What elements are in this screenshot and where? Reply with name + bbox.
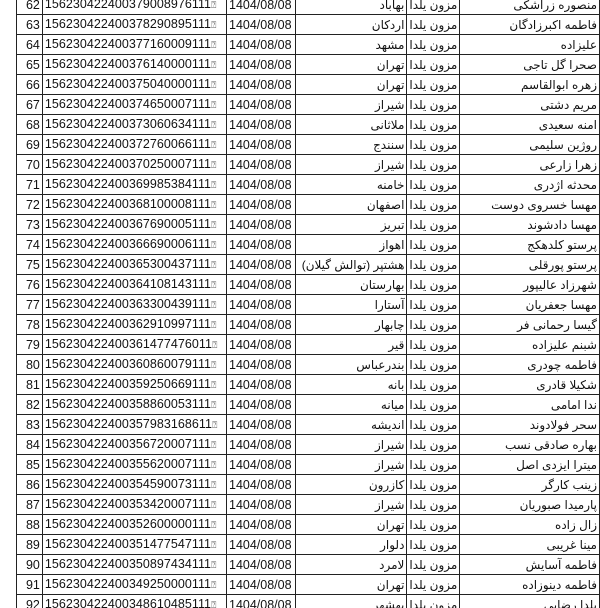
- tracking-code-cell: 156230422400348610485111⍰: [42, 595, 226, 608]
- name-cell: زال زاده: [460, 515, 600, 535]
- date-cell: 1404/08/08: [227, 135, 296, 155]
- table-row: 91 156230422400349250000111⍰ 1404/08/08 …: [17, 575, 600, 595]
- tracking-code-cell: 156230422400375040000111⍰: [42, 75, 226, 95]
- missing-glyph-icon: ⍰: [211, 260, 216, 270]
- tracking-code: 156230422400374650007111: [45, 97, 211, 111]
- city-cell: ملاثانی: [296, 115, 407, 135]
- tracking-code: 156230422400372760066111: [45, 137, 211, 151]
- date-cell: 1404/08/08: [227, 0, 296, 15]
- date-cell: 1404/08/08: [227, 355, 296, 375]
- city-cell: مشهد: [296, 35, 407, 55]
- tracking-code: 156230422400378290895111: [45, 17, 211, 31]
- type-cell: مزون یلدا: [407, 255, 460, 275]
- name-cell: منصوره زراشکی: [460, 0, 600, 15]
- missing-glyph-icon: ⍰: [211, 40, 216, 50]
- tracking-code: 156230422400356720007111: [45, 437, 211, 451]
- table-row: 74 156230422400366690006111⍰ 1404/08/08 …: [17, 235, 600, 255]
- city-cell: میانه: [296, 395, 407, 415]
- tracking-code: 156230422400355620007111: [45, 457, 211, 471]
- type-cell: مزون یلدا: [407, 575, 460, 595]
- name-cell: پرستو پورقلی: [460, 255, 600, 275]
- city-cell: بهاباد: [296, 0, 407, 15]
- type-cell: مزون یلدا: [407, 355, 460, 375]
- date-cell: 1404/08/08: [227, 215, 296, 235]
- type-cell: مزون یلدا: [407, 0, 460, 15]
- tracking-code: 156230422400375040000111: [45, 77, 211, 91]
- city-cell: اردکان: [296, 15, 407, 35]
- table-body: 62 156230422400379008976111⍰ 1404/08/08 …: [17, 0, 600, 608]
- tracking-code-cell: 156230422400372760066111⍰: [42, 135, 226, 155]
- tracking-code: 156230422400364108143111: [45, 277, 211, 291]
- date-cell: 1404/08/08: [227, 595, 296, 608]
- type-cell: مزون یلدا: [407, 335, 460, 355]
- date-cell: 1404/08/08: [227, 515, 296, 535]
- missing-glyph-icon: ⍰: [211, 180, 216, 190]
- table-row: 86 156230422400354590073111⍰ 1404/08/08 …: [17, 475, 600, 495]
- table-row: 66 156230422400375040000111⍰ 1404/08/08 …: [17, 75, 600, 95]
- name-cell: میترا ایزدی اصل: [460, 455, 600, 475]
- tracking-code-cell: 156230422400367690005111⍰: [42, 215, 226, 235]
- name-cell: بهاره صادقی نسب: [460, 435, 600, 455]
- city-cell: شیراز: [296, 155, 407, 175]
- tracking-code: 156230422400366690006111: [45, 237, 211, 251]
- missing-glyph-icon: ⍰: [211, 460, 216, 470]
- tracking-code-cell: 156230422400365300437111⍰: [42, 255, 226, 275]
- date-cell: 1404/08/08: [227, 555, 296, 575]
- table-row: 70 156230422400370250007111⍰ 1404/08/08 …: [17, 155, 600, 175]
- type-cell: مزون یلدا: [407, 295, 460, 315]
- row-number-cell: 80: [17, 355, 43, 375]
- city-cell: قیر: [296, 335, 407, 355]
- type-cell: مزون یلدا: [407, 215, 460, 235]
- city-cell: اصفهان: [296, 195, 407, 215]
- missing-glyph-icon: ⍰: [212, 340, 217, 350]
- tracking-code-cell: 156230422400357983168611⍰: [42, 415, 226, 435]
- tracking-code-cell: 156230422400374650007111⍰: [42, 95, 226, 115]
- name-cell: فاطمه دینوزاده: [460, 575, 600, 595]
- row-number-cell: 73: [17, 215, 43, 235]
- missing-glyph-icon: ⍰: [211, 20, 216, 30]
- type-cell: مزون یلدا: [407, 275, 460, 295]
- row-number-cell: 90: [17, 555, 43, 575]
- table-row: 80 156230422400360860079111⍰ 1404/08/08 …: [17, 355, 600, 375]
- table-row: 76 156230422400364108143111⍰ 1404/08/08 …: [17, 275, 600, 295]
- row-number-cell: 68: [17, 115, 43, 135]
- date-cell: 1404/08/08: [227, 95, 296, 115]
- city-cell: دلوار: [296, 535, 407, 555]
- row-number-cell: 86: [17, 475, 43, 495]
- city-cell: بهشهر: [296, 595, 407, 608]
- type-cell: مزون یلدا: [407, 175, 460, 195]
- name-cell: مهسا خسروی دوست: [460, 195, 600, 215]
- tracking-code-cell: 156230422400351477547111⍰: [42, 535, 226, 555]
- city-cell: کازرون: [296, 475, 407, 495]
- row-number-cell: 67: [17, 95, 43, 115]
- date-cell: 1404/08/08: [227, 235, 296, 255]
- date-cell: 1404/08/08: [227, 435, 296, 455]
- row-number-cell: 75: [17, 255, 43, 275]
- missing-glyph-icon: ⍰: [211, 600, 216, 608]
- name-cell: فاطمه اکبرزادگان: [460, 15, 600, 35]
- tracking-code-cell: 156230422400379008976111⍰: [42, 0, 226, 15]
- table-row: 63 156230422400378290895111⍰ 1404/08/08 …: [17, 15, 600, 35]
- table-row: 81 156230422400359250669111⍰ 1404/08/08 …: [17, 375, 600, 395]
- table-row: 69 156230422400372760066111⍰ 1404/08/08 …: [17, 135, 600, 155]
- tracking-code: 156230422400351477547111: [45, 537, 211, 551]
- table-row: 79 156230422400361477476011⍰ 1404/08/08 …: [17, 335, 600, 355]
- row-number-cell: 65: [17, 55, 43, 75]
- date-cell: 1404/08/08: [227, 175, 296, 195]
- tracking-code-cell: 156230422400378290895111⍰: [42, 15, 226, 35]
- tracking-code-cell: 156230422400368100008111⍰: [42, 195, 226, 215]
- row-number-cell: 92: [17, 595, 43, 608]
- date-cell: 1404/08/08: [227, 415, 296, 435]
- name-cell: شکیلا قادری: [460, 375, 600, 395]
- type-cell: مزون یلدا: [407, 515, 460, 535]
- city-cell: چابهار: [296, 315, 407, 335]
- tracking-code-cell: 156230422400354590073111⍰: [42, 475, 226, 495]
- missing-glyph-icon: ⍰: [211, 400, 216, 410]
- row-number-cell: 62: [17, 0, 43, 15]
- tracking-code: 156230422400349250000111: [45, 577, 211, 591]
- missing-glyph-icon: ⍰: [211, 280, 216, 290]
- missing-glyph-icon: ⍰: [211, 360, 216, 370]
- tracking-code: 156230422400353420007111: [45, 497, 211, 511]
- row-number-cell: 70: [17, 155, 43, 175]
- tracking-code-cell: 156230422400355620007111⍰: [42, 455, 226, 475]
- table-row: 73 156230422400367690005111⍰ 1404/08/08 …: [17, 215, 600, 235]
- table-row: 75 156230422400365300437111⍰ 1404/08/08 …: [17, 255, 600, 275]
- type-cell: مزون یلدا: [407, 395, 460, 415]
- city-cell: هشتپر (توالش گیلان): [296, 255, 407, 275]
- date-cell: 1404/08/08: [227, 195, 296, 215]
- city-cell: بندرعباس: [296, 355, 407, 375]
- name-cell: شبنم علیزاده: [460, 335, 600, 355]
- table-row: 84 156230422400356720007111⍰ 1404/08/08 …: [17, 435, 600, 455]
- missing-glyph-icon: ⍰: [211, 220, 216, 230]
- type-cell: مزون یلدا: [407, 195, 460, 215]
- missing-glyph-icon: ⍰: [211, 520, 216, 530]
- tracking-code: 156230422400365300437111: [45, 257, 211, 271]
- row-number-cell: 81: [17, 375, 43, 395]
- tracking-code-cell: 156230422400349250000111⍰: [42, 575, 226, 595]
- type-cell: مزون یلدا: [407, 415, 460, 435]
- row-number-cell: 77: [17, 295, 43, 315]
- tracking-code-cell: 156230422400373060634111⍰: [42, 115, 226, 135]
- city-cell: تهران: [296, 575, 407, 595]
- city-cell: سنندج: [296, 135, 407, 155]
- tracking-code: 156230422400362910997111: [45, 317, 211, 331]
- table-row: 67 156230422400374650007111⍰ 1404/08/08 …: [17, 95, 600, 115]
- tracking-code-cell: 156230422400376140000111⍰: [42, 55, 226, 75]
- type-cell: مزون یلدا: [407, 15, 460, 35]
- name-cell: زهره ابوالقاسم: [460, 75, 600, 95]
- city-cell: تهران: [296, 75, 407, 95]
- date-cell: 1404/08/08: [227, 75, 296, 95]
- type-cell: مزون یلدا: [407, 315, 460, 335]
- missing-glyph-icon: ⍰: [211, 120, 216, 130]
- city-cell: تهران: [296, 55, 407, 75]
- row-number-cell: 88: [17, 515, 43, 535]
- city-cell: تهران: [296, 515, 407, 535]
- table-row: 65 156230422400376140000111⍰ 1404/08/08 …: [17, 55, 600, 75]
- tracking-code: 156230422400363300439111: [45, 297, 211, 311]
- date-cell: 1404/08/08: [227, 155, 296, 175]
- city-cell: اهواز: [296, 235, 407, 255]
- type-cell: مزون یلدا: [407, 555, 460, 575]
- table-row: 71 156230422400369985384111⍰ 1404/08/08 …: [17, 175, 600, 195]
- row-number-cell: 71: [17, 175, 43, 195]
- tracking-code-cell: 156230422400363300439111⍰: [42, 295, 226, 315]
- missing-glyph-icon: ⍰: [211, 140, 216, 150]
- name-cell: پارمیدا صبوریان: [460, 495, 600, 515]
- table-row: 82 156230422400358860053111⍰ 1404/08/08 …: [17, 395, 600, 415]
- date-cell: 1404/08/08: [227, 295, 296, 315]
- table-row: 85 156230422400355620007111⍰ 1404/08/08 …: [17, 455, 600, 475]
- missing-glyph-icon: ⍰: [211, 480, 216, 490]
- tracking-code: 156230422400368100008111: [45, 197, 211, 211]
- date-cell: 1404/08/08: [227, 255, 296, 275]
- type-cell: مزون یلدا: [407, 115, 460, 135]
- tracking-code: 156230422400352600000111: [45, 517, 211, 531]
- row-number-cell: 78: [17, 315, 43, 335]
- type-cell: مزون یلدا: [407, 155, 460, 175]
- row-number-cell: 89: [17, 535, 43, 555]
- tracking-code-cell: 156230422400370250007111⍰: [42, 155, 226, 175]
- name-cell: روژین سلیمی: [460, 135, 600, 155]
- city-cell: تبریز: [296, 215, 407, 235]
- row-number-cell: 64: [17, 35, 43, 55]
- city-cell: آستارا: [296, 295, 407, 315]
- row-number-cell: 85: [17, 455, 43, 475]
- city-cell: شیراز: [296, 95, 407, 115]
- tracking-code: 156230422400348610485111: [45, 597, 211, 608]
- name-cell: سحر فولادوند: [460, 415, 600, 435]
- tracking-code-cell: 156230422400359250669111⍰: [42, 375, 226, 395]
- city-cell: بانه: [296, 375, 407, 395]
- table-row: 78 156230422400362910997111⍰ 1404/08/08 …: [17, 315, 600, 335]
- date-cell: 1404/08/08: [227, 535, 296, 555]
- row-number-cell: 83: [17, 415, 43, 435]
- row-number-cell: 87: [17, 495, 43, 515]
- city-cell: شیراز: [296, 455, 407, 475]
- tracking-code: 156230422400357983168611: [45, 417, 212, 431]
- tracking-code: 156230422400370250007111: [45, 157, 211, 171]
- type-cell: مزون یلدا: [407, 35, 460, 55]
- type-cell: مزون یلدا: [407, 235, 460, 255]
- table-row: 62 156230422400379008976111⍰ 1404/08/08 …: [17, 0, 600, 15]
- date-cell: 1404/08/08: [227, 495, 296, 515]
- type-cell: مزون یلدا: [407, 535, 460, 555]
- registration-table: 62 156230422400379008976111⍰ 1404/08/08 …: [16, 0, 600, 608]
- city-cell: بهارستان: [296, 275, 407, 295]
- name-cell: ندا امامی: [460, 395, 600, 415]
- name-cell: مینا غریبی: [460, 535, 600, 555]
- city-cell: شیراز: [296, 495, 407, 515]
- tracking-code: 156230422400379008976111: [45, 0, 211, 11]
- name-cell: محدثه اژدری: [460, 175, 600, 195]
- row-number-cell: 69: [17, 135, 43, 155]
- row-number-cell: 63: [17, 15, 43, 35]
- tracking-code: 156230422400377160009111: [45, 37, 211, 51]
- table-row: 87 156230422400353420007111⍰ 1404/08/08 …: [17, 495, 600, 515]
- date-cell: 1404/08/08: [227, 35, 296, 55]
- tracking-code: 156230422400361477476011: [45, 337, 212, 351]
- type-cell: مزون یلدا: [407, 475, 460, 495]
- tracking-code-cell: 156230422400353420007111⍰: [42, 495, 226, 515]
- missing-glyph-icon: ⍰: [211, 160, 216, 170]
- name-cell: علیزاده: [460, 35, 600, 55]
- city-cell: خامنه: [296, 175, 407, 195]
- row-number-cell: 82: [17, 395, 43, 415]
- tracking-code-cell: 156230422400369985384111⍰: [42, 175, 226, 195]
- row-number-cell: 74: [17, 235, 43, 255]
- table-row: 92 156230422400348610485111⍰ 1404/08/08 …: [17, 595, 600, 608]
- type-cell: مزون یلدا: [407, 135, 460, 155]
- type-cell: مزون یلدا: [407, 455, 460, 475]
- date-cell: 1404/08/08: [227, 375, 296, 395]
- row-number-cell: 76: [17, 275, 43, 295]
- name-cell: شهرزاد عالیپور: [460, 275, 600, 295]
- name-cell: امنه سعیدی: [460, 115, 600, 135]
- missing-glyph-icon: ⍰: [212, 420, 217, 430]
- type-cell: مزون یلدا: [407, 495, 460, 515]
- name-cell: پرستو کلدهکج: [460, 235, 600, 255]
- name-cell: یلدا رضایی: [460, 595, 600, 608]
- row-number-cell: 91: [17, 575, 43, 595]
- table-row: 83 156230422400357983168611⍰ 1404/08/08 …: [17, 415, 600, 435]
- name-cell: مهسا جعفریان: [460, 295, 600, 315]
- tracking-code-cell: 156230422400356720007111⍰: [42, 435, 226, 455]
- table-row: 77 156230422400363300439111⍰ 1404/08/08 …: [17, 295, 600, 315]
- name-cell: فاطمه آسایش: [460, 555, 600, 575]
- missing-glyph-icon: ⍰: [211, 200, 216, 210]
- missing-glyph-icon: ⍰: [211, 100, 216, 110]
- tracking-code: 156230422400350897434111: [45, 557, 211, 571]
- type-cell: مزون یلدا: [407, 75, 460, 95]
- name-cell: زهرا زارعی: [460, 155, 600, 175]
- date-cell: 1404/08/08: [227, 335, 296, 355]
- name-cell: مریم دشتی: [460, 95, 600, 115]
- missing-glyph-icon: ⍰: [211, 500, 216, 510]
- table-row: 68 156230422400373060634111⍰ 1404/08/08 …: [17, 115, 600, 135]
- tracking-code-cell: 156230422400377160009111⍰: [42, 35, 226, 55]
- missing-glyph-icon: ⍰: [211, 380, 216, 390]
- missing-glyph-icon: ⍰: [211, 540, 216, 550]
- table-row: 72 156230422400368100008111⍰ 1404/08/08 …: [17, 195, 600, 215]
- table-row: 88 156230422400352600000111⍰ 1404/08/08 …: [17, 515, 600, 535]
- missing-glyph-icon: ⍰: [211, 60, 216, 70]
- table-row: 64 156230422400377160009111⍰ 1404/08/08 …: [17, 35, 600, 55]
- row-number-cell: 79: [17, 335, 43, 355]
- type-cell: مزون یلدا: [407, 55, 460, 75]
- tracking-code-cell: 156230422400358860053111⍰: [42, 395, 226, 415]
- type-cell: مزون یلدا: [407, 375, 460, 395]
- tracking-code-cell: 156230422400364108143111⍰: [42, 275, 226, 295]
- tracking-code-cell: 156230422400350897434111⍰: [42, 555, 226, 575]
- tracking-code: 156230422400367690005111: [45, 217, 211, 231]
- city-cell: اندیشه: [296, 415, 407, 435]
- tracking-code: 156230422400369985384111: [45, 177, 211, 191]
- name-cell: زینب کارگر: [460, 475, 600, 495]
- table-row: 89 156230422400351477547111⍰ 1404/08/08 …: [17, 535, 600, 555]
- tracking-code: 156230422400354590073111: [45, 477, 211, 491]
- date-cell: 1404/08/08: [227, 575, 296, 595]
- name-cell: صحرا گل تاجی: [460, 55, 600, 75]
- missing-glyph-icon: ⍰: [211, 440, 216, 450]
- date-cell: 1404/08/08: [227, 275, 296, 295]
- name-cell: فاطمه چودری: [460, 355, 600, 375]
- name-cell: مهسا دادشوند: [460, 215, 600, 235]
- type-cell: مزون یلدا: [407, 95, 460, 115]
- tracking-code: 156230422400358860053111: [45, 397, 211, 411]
- date-cell: 1404/08/08: [227, 395, 296, 415]
- row-number-cell: 72: [17, 195, 43, 215]
- row-number-cell: 84: [17, 435, 43, 455]
- type-cell: مزون یلدا: [407, 595, 460, 608]
- date-cell: 1404/08/08: [227, 15, 296, 35]
- city-cell: شیراز: [296, 435, 407, 455]
- tracking-code: 156230422400360860079111: [45, 357, 211, 371]
- tracking-code-cell: 156230422400362910997111⍰: [42, 315, 226, 335]
- row-number-cell: 66: [17, 75, 43, 95]
- name-cell: گیسا رحمانی فر: [460, 315, 600, 335]
- tracking-code: 156230422400376140000111: [45, 57, 211, 71]
- type-cell: مزون یلدا: [407, 435, 460, 455]
- tracking-code: 156230422400359250669111: [45, 377, 211, 391]
- missing-glyph-icon: ⍰: [211, 560, 216, 570]
- table-row: 90 156230422400350897434111⍰ 1404/08/08 …: [17, 555, 600, 575]
- missing-glyph-icon: ⍰: [211, 0, 216, 10]
- tracking-code-cell: 156230422400361477476011⍰: [42, 335, 226, 355]
- date-cell: 1404/08/08: [227, 455, 296, 475]
- date-cell: 1404/08/08: [227, 115, 296, 135]
- date-cell: 1404/08/08: [227, 315, 296, 335]
- missing-glyph-icon: ⍰: [211, 240, 216, 250]
- tracking-code-cell: 156230422400360860079111⍰: [42, 355, 226, 375]
- tracking-code-cell: 156230422400352600000111⍰: [42, 515, 226, 535]
- missing-glyph-icon: ⍰: [211, 300, 216, 310]
- missing-glyph-icon: ⍰: [211, 80, 216, 90]
- city-cell: لامرد: [296, 555, 407, 575]
- tracking-code-cell: 156230422400366690006111⍰: [42, 235, 226, 255]
- date-cell: 1404/08/08: [227, 475, 296, 495]
- missing-glyph-icon: ⍰: [211, 580, 216, 590]
- missing-glyph-icon: ⍰: [211, 320, 216, 330]
- date-cell: 1404/08/08: [227, 55, 296, 75]
- tracking-code: 156230422400373060634111: [45, 117, 211, 131]
